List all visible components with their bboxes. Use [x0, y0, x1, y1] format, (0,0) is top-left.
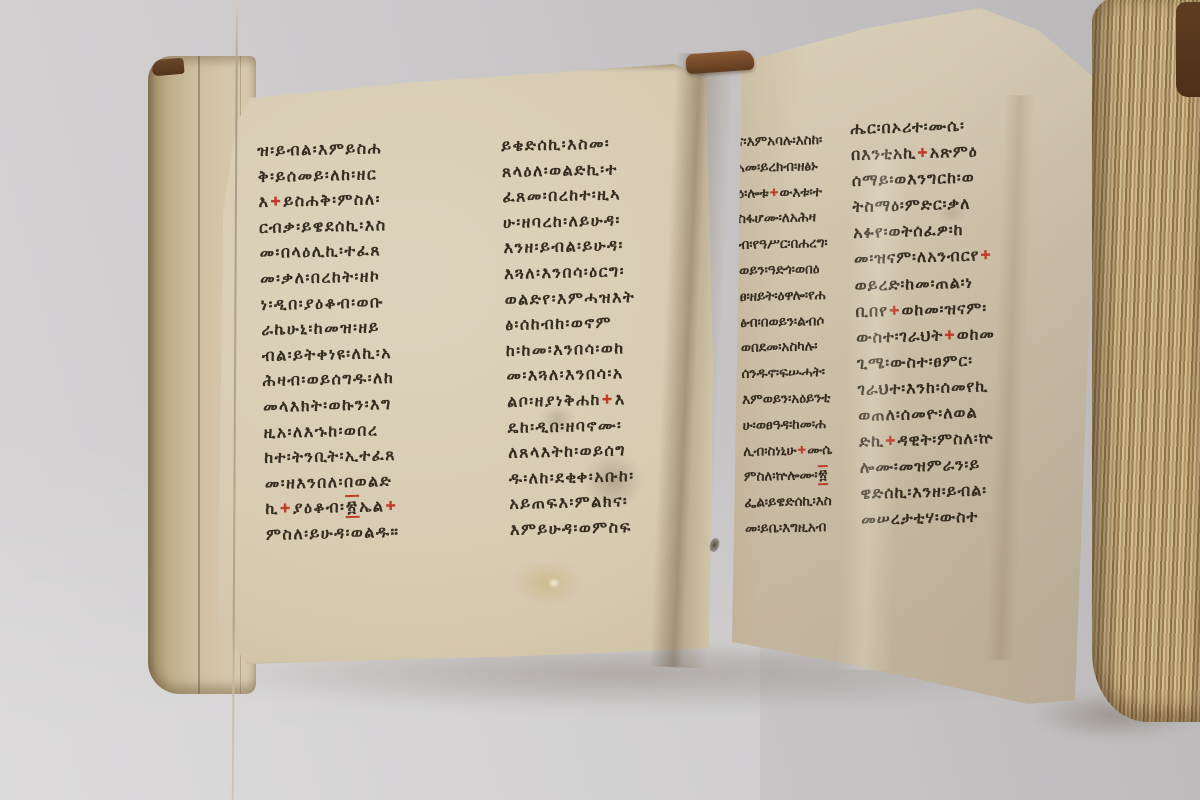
- text-line: ብ፡የዓሥር፡በሐረግ፡: [738, 231, 855, 259]
- text-line: እምወይን፡አዕይንቲ: [742, 385, 859, 413]
- red-cross-mark: ✚: [796, 444, 807, 456]
- red-cross-mark: ✚: [943, 327, 957, 342]
- red-cross-mark: ✚: [769, 187, 780, 199]
- fore-edge-page-stack: [1092, 0, 1200, 722]
- ink-smudge: [583, 452, 643, 510]
- red-marked-numeral: ፳: [817, 465, 828, 485]
- pale-spot: [548, 578, 560, 588]
- text-line: ሁ፡ወፀዓዳ፡ከመ፡ሐ: [742, 411, 859, 439]
- text-line: ሊብ፡ስነኒሁ✚ሙሴ: [743, 437, 860, 465]
- text-line: አመ፡ይረክብ፡ዘፅኑ: [737, 153, 854, 181]
- text-line: ወበደመ፡አስካሉ፡: [741, 334, 858, 362]
- left-leather-cover-corner: [151, 58, 184, 77]
- ink-smudge: [540, 405, 574, 435]
- right-page: ና፡እምአባሉ፡እስከ፡አመ፡ይረክብ፡ዘፅኑዕ፡ሎቱ✚ውእቱ፡ተስፋሆሙ፡ለአ…: [698, 0, 1108, 716]
- left-column-1: ዝ፡ይብል፡እምይስሐቅ፡ይሰመይ፡ለከ፡ዘርእ✚ይስሐቅ፡ምስለ፡ርብቃ፡ይዌ…: [257, 133, 498, 548]
- red-cross-mark: ✚: [279, 501, 293, 516]
- red-cross-mark: ✚: [979, 248, 993, 263]
- text-line: ሰንዱኖ፡ፍሡሓት፡: [741, 359, 858, 387]
- red-cross-mark: ✚: [269, 194, 283, 209]
- red-cross-mark: ✚: [601, 391, 615, 406]
- text-line: ና፡እምአባሉ፡እስከ፡: [736, 127, 853, 155]
- text-line: ፀ፡ዘይት፡ዕዋሎ፡የሐ: [740, 282, 857, 310]
- left-page: ዝ፡ይብል፡እምይስሐቅ፡ይሰመይ፡ለከ፡ዘርእ✚ይስሐቅ፡ምስለ፡ርብቃ፡ይዌ…: [206, 64, 718, 670]
- red-cross-mark: ✚: [384, 498, 398, 513]
- text-line: ፅብ፡በወይን፡ልብሶ: [740, 308, 857, 336]
- red-cross-mark: ✚: [916, 145, 930, 160]
- right-leather-cover-corner: [1176, 2, 1200, 97]
- text-line: ዕ፡ሎቱ✚ውእቱ፡ተ: [737, 179, 854, 207]
- red-marked-numeral: ፳: [345, 495, 359, 518]
- text-line: ምስለ፡ይሁዳ፡ወልዱ።: [266, 517, 499, 548]
- stain: [512, 560, 582, 605]
- text-line: ስፋሆሙ፡ለአሕዛ: [738, 205, 855, 233]
- text-line: ወይን፡ዓድጎ፡ወበዕ: [739, 256, 856, 284]
- text-line: መሠረታቲሃ፡ውስተ: [861, 500, 1106, 533]
- stain: [938, 203, 966, 223]
